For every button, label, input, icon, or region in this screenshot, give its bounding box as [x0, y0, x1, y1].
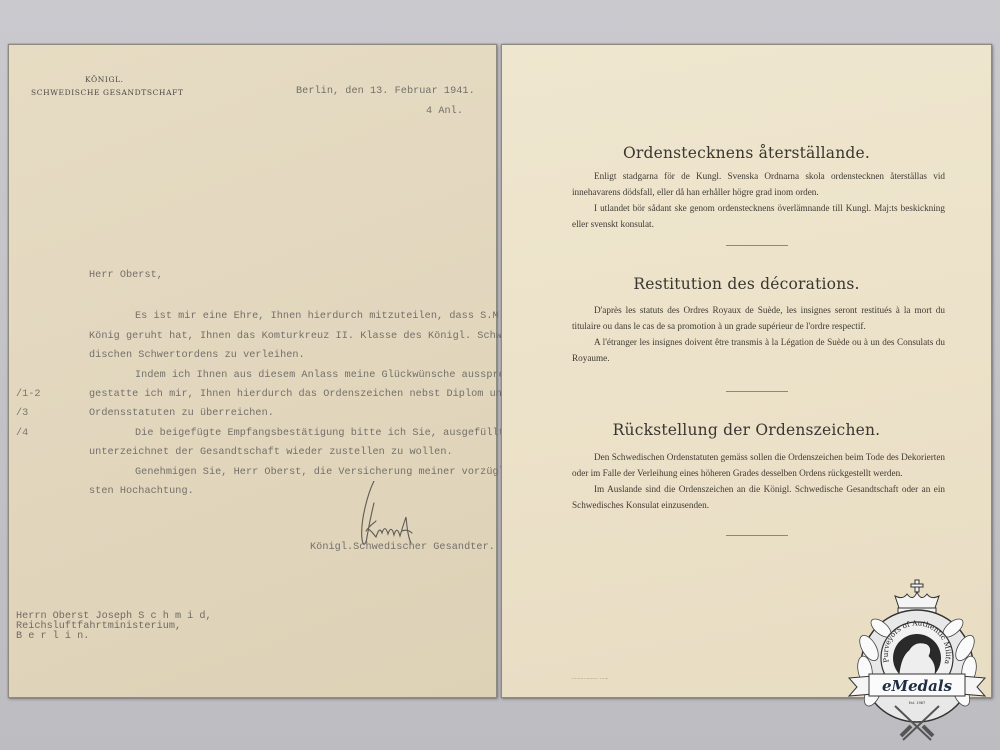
body-line: Die beigefügte Empfangsbestätigung bitte… [135, 428, 529, 439]
enclosures-count: 4 Anl. [426, 106, 463, 117]
body-line: dischen Schwertordens zu verleihen. [89, 350, 305, 361]
section-divider [726, 535, 788, 536]
logo-est-text: Est. 1987 [909, 701, 926, 705]
body-line: sten Hochachtung. [89, 486, 194, 497]
paragraph: Den Schwedischen Ordenstatuten gemäss so… [572, 449, 945, 481]
body-line: gestatte ich mir, Ihnen hierdurch das Or… [89, 389, 508, 400]
address-line-3: B e r l i n. [16, 632, 89, 642]
letter-date: Berlin, den 13. Februar 1941. [296, 86, 475, 97]
body-line: unterzeichnet der Gesandtschaft wieder z… [89, 447, 453, 458]
body-line: Genehmigen Sie, Herr Oberst, die Versich… [135, 467, 529, 478]
body-line: Ordensstatuten zu überreichen. [89, 408, 274, 419]
paragraph: A l'étranger les insignes doivent être t… [572, 334, 945, 366]
printer-mark: ……………… …… [572, 675, 609, 680]
signer-title: Königl.Schwedischer Gesandter. [310, 542, 495, 553]
salutation: Herr Oberst, [89, 270, 163, 281]
paragraph: I utlandet bör sådant ske genom ordenste… [572, 200, 945, 232]
section-divider [726, 391, 788, 392]
emedals-logo: Purveyors of Authentic Militaria eMedals… [843, 578, 993, 748]
section-body-german: Den Schwedischen Ordenstatuten gemäss so… [572, 449, 945, 513]
logo-brand-text: eMedals [882, 677, 953, 695]
section-title-french: Restitution des décorations. [502, 275, 991, 293]
body-line: Indem ich Ihnen aus diesem Anlass meine … [135, 370, 523, 381]
paragraph: Im Auslande sind die Ordenszeichen an di… [572, 481, 945, 513]
section-body-french: D'après les statuts des Ordres Royaux de… [572, 302, 945, 366]
body-line: Es ist mir eine Ehre, Ihnen hierdurch mi… [135, 311, 529, 322]
letterhead-line-2: Schwedische Gesandtschaft [31, 88, 184, 97]
letter-page: Königl. Schwedische Gesandtschaft Berlin… [8, 44, 497, 698]
crown-icon [895, 580, 939, 613]
section-title-swedish: Ordenstecknens återställande. [502, 144, 991, 162]
letterhead-line-1: Königl. [85, 75, 124, 84]
margin-note: /1-2 [16, 389, 40, 400]
paragraph: Enligt stadgarna för de Kungl. Svenska O… [572, 168, 945, 200]
section-body-swedish: Enligt stadgarna för de Kungl. Svenska O… [572, 168, 945, 232]
section-divider [726, 245, 788, 246]
margin-note: /4 [16, 428, 28, 439]
margin-note: /3 [16, 408, 28, 419]
paragraph: D'après les statuts des Ordres Royaux de… [572, 302, 945, 334]
section-title-german: Rückstellung der Ordenszeichen. [502, 421, 991, 439]
body-line: König geruht hat, Ihnen das Komturkreuz … [89, 331, 514, 342]
